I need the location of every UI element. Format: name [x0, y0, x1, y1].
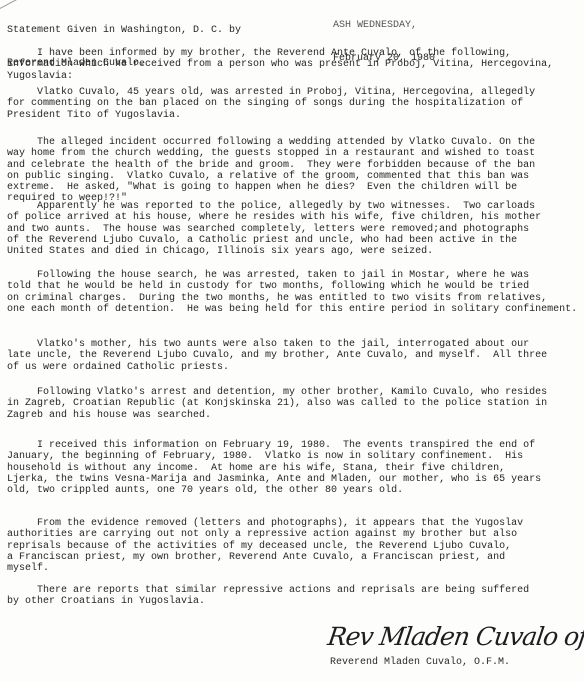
- paragraph-line: authorities are carrying out not only a …: [7, 529, 523, 540]
- paragraph-line: late uncle, the Reverend Ljubo Cuvalo, a…: [7, 350, 547, 361]
- paragraph-line: and two aunts. The house was searched co…: [7, 224, 541, 235]
- paragraph-line: of us were ordained Catholic priests.: [7, 362, 547, 373]
- typed-signature: Reverend Mladen Cuvalo, O.F.M.: [330, 657, 510, 668]
- paragraph-line: Vlatko Cuvalo, 45 years old, was arreste…: [7, 87, 535, 98]
- paragraph-line: Vlatko's mother, his two aunts were also…: [7, 339, 547, 350]
- paragraph-line: I have been informed by my brother, the …: [7, 48, 553, 59]
- document-page: Statement Given in Washington, D. C. by …: [0, 0, 584, 682]
- paragraph: Following Vlatko's arrest and detention,…: [7, 387, 547, 421]
- paragraph-line: reprisals because of the activities of m…: [7, 541, 523, 552]
- paragraph-line: of police arrived at his house, where he…: [7, 212, 541, 223]
- paragraph-line: From the evidence removed (letters and p…: [7, 518, 523, 529]
- paragraph-line: one each month of detention. He was bein…: [7, 304, 577, 315]
- paragraph-line: I received this information on February …: [7, 440, 541, 451]
- paragraph-line: on public singing. Vlatko Cuvalo, a rela…: [7, 171, 535, 182]
- statement-date-line-1: ASH WEDNESDAY,: [333, 20, 435, 31]
- handwritten-signature: Rev Mladen Cuvalo ofm: [326, 622, 584, 651]
- paragraph-line: The alleged incident occurred following …: [7, 137, 535, 148]
- paragraph-line: There are reports that similar repressiv…: [7, 585, 529, 596]
- paragraph-line: household is without any income. At home…: [7, 463, 541, 474]
- paragraph: Vlatko Cuvalo, 45 years old, was arreste…: [7, 87, 535, 121]
- paragraph: Following the house search, he was arres…: [7, 270, 577, 315]
- paragraph-line: on criminal charges. During the two mont…: [7, 293, 577, 304]
- paragraph-line: Zagreb and his house was searched.: [7, 410, 547, 421]
- paragraph-line: of the Reverend Ljubo Cuvalo, a Catholic…: [7, 235, 541, 246]
- paragraph-line: President Tito of Yugoslavia.: [7, 110, 535, 121]
- paragraph-line: January, the beginning of February, 1980…: [7, 451, 541, 462]
- paragraph-line: a Franciscan priest, my own brother, Rev…: [7, 552, 523, 563]
- paragraph-line: Following the house search, he was arres…: [7, 270, 577, 281]
- paragraph-line: extreme. He asked, "What is going to hap…: [7, 182, 535, 193]
- paragraph: Vlatko's mother, his two aunts were also…: [7, 339, 547, 373]
- paragraph: The alleged incident occurred following …: [7, 137, 535, 205]
- paragraph-line: information which he received from a per…: [7, 59, 553, 70]
- paragraph: Apparently he was reported to the police…: [7, 201, 541, 257]
- paragraph: I have been informed by my brother, the …: [7, 48, 553, 82]
- paragraph: I received this information on February …: [7, 440, 541, 496]
- paragraph-line: Yugoslavia:: [7, 71, 553, 82]
- paragraph-line: old, two crippled aunts, one 70 years ol…: [7, 485, 541, 496]
- paragraph-line: told that he would be held in custody fo…: [7, 281, 577, 292]
- paragraph-line: in Zagreb, Croatian Republic (at Konjski…: [7, 398, 547, 409]
- paragraph: There are reports that similar repressiv…: [7, 585, 529, 608]
- paragraph-line: way home from the church wedding, the gu…: [7, 148, 535, 159]
- paragraph-line: by other Croatians in Yugoslavia.: [7, 596, 529, 607]
- paragraph: From the evidence removed (letters and p…: [7, 518, 523, 574]
- paragraph-line: for commenting on the ban placed on the …: [7, 98, 535, 109]
- paragraph-line: and celebrate the health of the bride an…: [7, 160, 535, 171]
- paragraph-line: United States and died in Chicago, Illin…: [7, 246, 541, 257]
- paragraph-line: myself.: [7, 563, 523, 574]
- paragraph-line: Ljerka, the twins Vesna-Marija and Jasmi…: [7, 474, 541, 485]
- paragraph-line: Following Vlatko's arrest and detention,…: [7, 387, 547, 398]
- statement-heading-line-1: Statement Given in Washington, D. C. by: [7, 25, 241, 36]
- paragraph-line: Apparently he was reported to the police…: [7, 201, 541, 212]
